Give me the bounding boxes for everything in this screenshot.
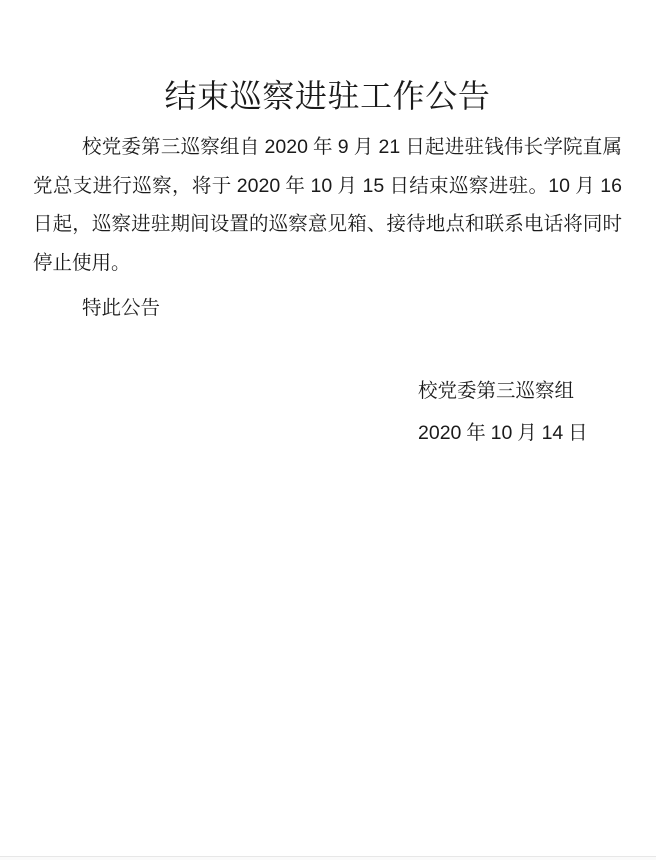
- body-line-3: 日起，巡察进驻期间设置的巡察意见箱、接待地点和联系电话将同时: [33, 206, 622, 245]
- signature-date: 2020 年 10 月 14 日: [418, 422, 588, 446]
- body-line-2: 党总支进行巡察，将于 2020 年 10 月 15 日结束巡察进驻。10 月 1…: [33, 168, 622, 207]
- signature-organization: 校党委第三巡察组: [418, 380, 574, 404]
- document-page: 结束巡察进驻工作公告 校党委第三巡察组自 2020 年 9 月 21 日起进驻钱…: [0, 0, 656, 860]
- closing-statement: 特此公告: [33, 290, 622, 329]
- body-line-4: 停止使用。: [33, 245, 622, 284]
- announcement-body: 校党委第三巡察组自 2020 年 9 月 21 日起进驻钱伟长学院直属 党总支进…: [33, 129, 622, 284]
- body-line-1: 校党委第三巡察组自 2020 年 9 月 21 日起进驻钱伟长学院直属: [33, 129, 622, 168]
- page-break-divider: [0, 856, 656, 860]
- announcement-title: 结束巡察进驻工作公告: [33, 76, 622, 116]
